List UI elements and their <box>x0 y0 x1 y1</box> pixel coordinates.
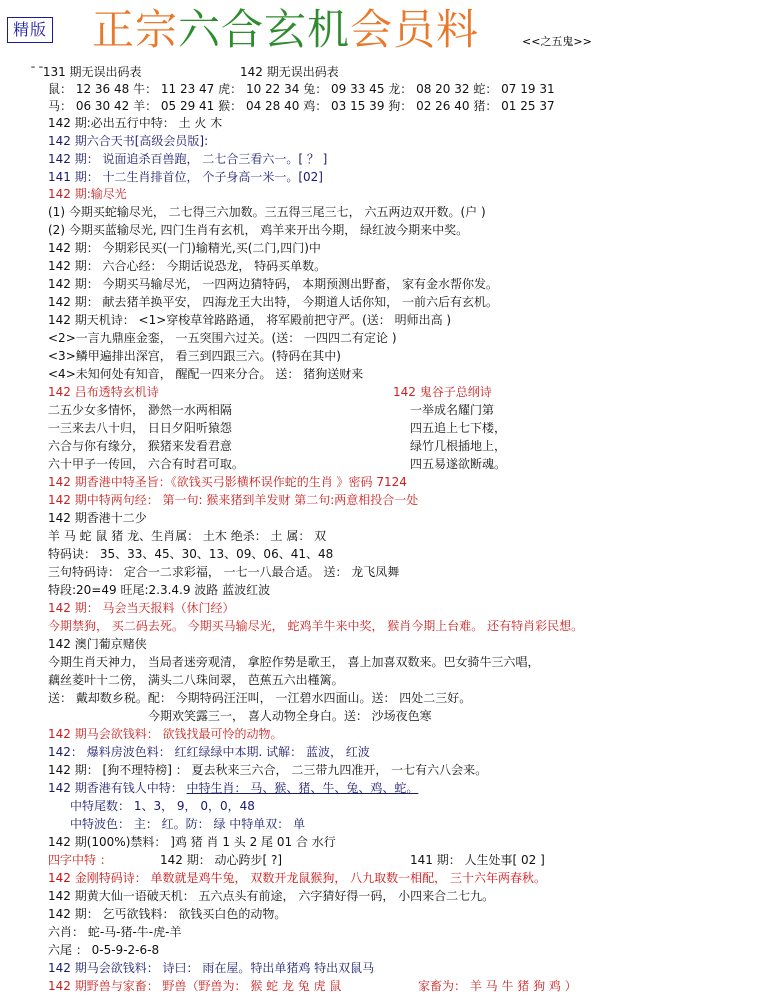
shujinguang-item-1: (1) 今期买蛇输尽光， 二七得三六加数。三五得三尾三七， 六五两边双开数。(户… <box>48 203 486 221</box>
guiguzi-poem-line: 四五追上七下楼， <box>410 419 506 437</box>
wuxing-line: 142 期:必出五行中特： 土 火 木 <box>48 114 222 132</box>
tianji-poem-2: <2>一言九鼎座金銮， 一五突围六过关。(送： 一四四二有定论 ) <box>48 329 397 347</box>
aomen-line-3: 送： 戴却数乡税。配： 今期特码汪汪叫， 一江碧水四面山。送： 四处二三好。 <box>48 689 471 707</box>
guiguzi-poem-title: 142 鬼谷子总纲诗 <box>393 383 492 401</box>
guiguzi-poem-line: 绿竹几根插地上， <box>410 437 506 455</box>
jingang-line: 142 金刚特码诗： 单数就是鸡牛兔， 双数开龙鼠猴狗， 八九取数一相配， 三十… <box>48 869 546 887</box>
bose-line: 中特波色： 主： 红。防： 绿 中特单双： 单 <box>70 815 305 833</box>
sizi-142: 142 期： 动心跨步[ ?] <box>160 851 282 869</box>
yuqian-line: 142 期马会欲钱料： 欲钱找最可怜的动物。 <box>48 725 283 743</box>
decoration-marks: ¯ ¯ <box>30 65 43 79</box>
guiguzi-poem-line: 四五易遂欲断魂。 <box>410 455 506 473</box>
bolian-line: 142： 爆料房波色料： 红红绿绿中本期. 试解： 蓝波， 红波 <box>48 743 370 761</box>
shengxiao-line: 羊 马 蛇 鼠 猪 龙、生肖属： 土木 绝杀： 土 属： 双 <box>48 527 326 545</box>
shujinguang-item-2: (2) 今期买蓝输尽光, 四门生肖有玄机， 鸡羊来开出今期， 绿红波今期来中奖。 <box>48 221 468 239</box>
lvbu-poem-title: 142 吕布透特玄机诗 <box>48 383 159 401</box>
qigai-line: 142 期： 乞丐欲钱料： 欲钱买白色的动物。 <box>48 905 286 923</box>
shengzhi-line: 142 期香港中特圣旨：《欲钱买弓影横杯误作蛇的生肖 》密码 7124 <box>48 473 407 491</box>
zodiac-row-2: 马： 06 30 42 羊： 05 29 41 猴： 04 28 40 鸡： 0… <box>48 97 555 115</box>
maima-line: 142 期： 今期买马输尽光， 一四两边猜特码， 本期预测出野畜， 家有金水帮你… <box>48 275 498 293</box>
xianqu-line: 142 期： 献去猪羊换平安， 四海龙王大出特， 今期道人话你知， 一前六后有玄… <box>48 293 498 311</box>
edition-badge: 精版 <box>7 17 53 43</box>
tianshu-heading: 142 期六合天书[高级会员版]: <box>48 132 208 150</box>
aomen-line-2: 藕丝菱叶十二傍， 满头二八珠间翠， 芭蕉五六出槿篱。 <box>48 671 344 689</box>
huangdaxian-line: 142 期黄大仙一语破天机： 五六点头有前途， 六字猜好得一码， 小四来合二七九… <box>48 887 494 905</box>
title-part-2: 六合玄机 <box>178 5 350 54</box>
tianshu-142-line: 142 期： 说面追杀百兽跑， 二七合三看六一。[ ？ ] <box>48 150 327 168</box>
goubuli-line: 142 期： [狗不理特榜] ： 夏去秋来三六合， 二三带九四准开， 一七有六八… <box>48 761 487 779</box>
liangjujing-line: 142 期中特两句经： 第一句: 猴来猪到羊发财 第二句:两意相投合一处 <box>48 491 418 509</box>
xinjing-line: 142 期： 六合心经： 今期话说恐龙， 特码买单数。 <box>48 257 326 275</box>
guiguzi-poem-line: 一举成名耀门第 <box>410 401 494 419</box>
lvbu-poem-line: 一三来去八十归， 日日夕阳听猿怨 <box>48 419 232 437</box>
sizi-label: 四字中特 ： <box>48 851 112 869</box>
mahui-heading: 142 期： 马会当天报料（休门经） <box>48 599 235 617</box>
mahui-body: 今期禁狗， 买二码去死。 今期买马输尽光， 蛇鸡羊牛来中奖， 猴肖今期上台难。 … <box>48 617 583 635</box>
jiachu-line: 家畜为： 羊 马 牛 猪 狗 鸡 ） <box>418 977 577 995</box>
aomen-heading: 142 澳门葡京赌侠 <box>48 635 147 653</box>
table-heading-131: ¯ ¯131 期无误出码表 <box>30 63 142 81</box>
liuxiao-line: 六肖： 蛇-马-猪-牛-虎-羊 <box>48 923 181 941</box>
lvbu-poem-line: 六十甲子一传回， 六合有时君可取。 <box>48 455 244 473</box>
sanju-line: 三句特码诗： 定合一二求彩福， 一七一八最合适。 送： 龙飞凤舞 <box>48 563 399 581</box>
youqianren-line: 142 期香港有钱人中特： 中特生肖： 马、猴、猪、牛、兔、鸡、蛇。 <box>48 779 418 797</box>
lvbu-poem-line: 六合与你有缘分， 猴猪来发看君意 <box>48 437 232 455</box>
temajue-line: 特码诀： 35、33、45、30、13、09、06、41、48 <box>48 545 333 563</box>
tianji-poem-1: 142 期天机诗： <1>穿梭草耸路路通， 将军殿前把守严。(送： 明师出高 ) <box>48 311 451 329</box>
page-title: 正宗六合玄机会员料 <box>92 2 479 58</box>
aomen-line-4: 今期欢笑露三一， 喜人动物全身白。送： 沙场夜色寒 <box>148 707 432 725</box>
title-part-1: 正宗 <box>92 5 178 54</box>
yeshou-line: 142 期野兽与家畜： 野兽（野兽为： 猴 蛇 龙 兔 虎 鼠 <box>48 977 341 995</box>
mahui-shi-line: 142 期马会欲钱料： 诗曰： 雨在屋。特出单猪鸡 特出双鼠马 <box>48 959 374 977</box>
jinliao-line: 142 期(100%)禁料： ]鸡 猪 肖 1 头 2 尾 01 合 水行 <box>48 833 336 851</box>
shierShao-heading: 142 期香港十二少 <box>48 509 147 527</box>
caimin-line: 142 期： 今期彩民买(一门)输精光,买(二门,四门)中 <box>48 239 321 257</box>
aomen-line-1: 今期生肖天神力， 当局者迷旁观清， 拿腔作势是歌王， 喜上加喜双数来。巴女骑牛三… <box>48 653 539 671</box>
tianji-poem-4: <4>未知何处有知音， 醒配一四来分合。 送： 猪狗送财来 <box>48 365 363 383</box>
sizi-141: 141 期： 人生处事[ 02 ] <box>410 851 545 869</box>
tianji-poem-3: <3>鳞甲遍排出深宫， 看三到四跟三六。(特码在其中) <box>48 347 341 365</box>
weishu-line: 中特尾数： 1、3， 9， 0，0，48 <box>70 797 255 815</box>
title-part-3: 会员料 <box>350 5 479 54</box>
teduan-line: 特段:20=49 旺尾:2.3.4.9 波路 蓝波红波 <box>48 581 270 599</box>
youqianren-zodiac: 中特生肖： 马、猴、猪、牛、兔、鸡、蛇。 <box>187 781 419 795</box>
table-heading-142: 142 期无误出码表 <box>240 63 339 81</box>
tianshu-141-line: 141 期： 十二生肖排首位， 个子身高一米一。[02] <box>48 168 323 186</box>
lvbu-poem-line: 二五少女多情怀， 渺然一水两相隔 <box>48 401 232 419</box>
liuwei-line: 六尾 ： 0-5-9-2-6-8 <box>48 941 159 959</box>
shujinguang-heading: 142 期:输尽光 <box>48 185 127 203</box>
page-subtitle: <<之五鬼>> <box>522 33 592 49</box>
zodiac-row-1: 鼠： 12 36 48 牛： 11 23 47 虎： 10 22 34 兔： 0… <box>48 80 555 98</box>
